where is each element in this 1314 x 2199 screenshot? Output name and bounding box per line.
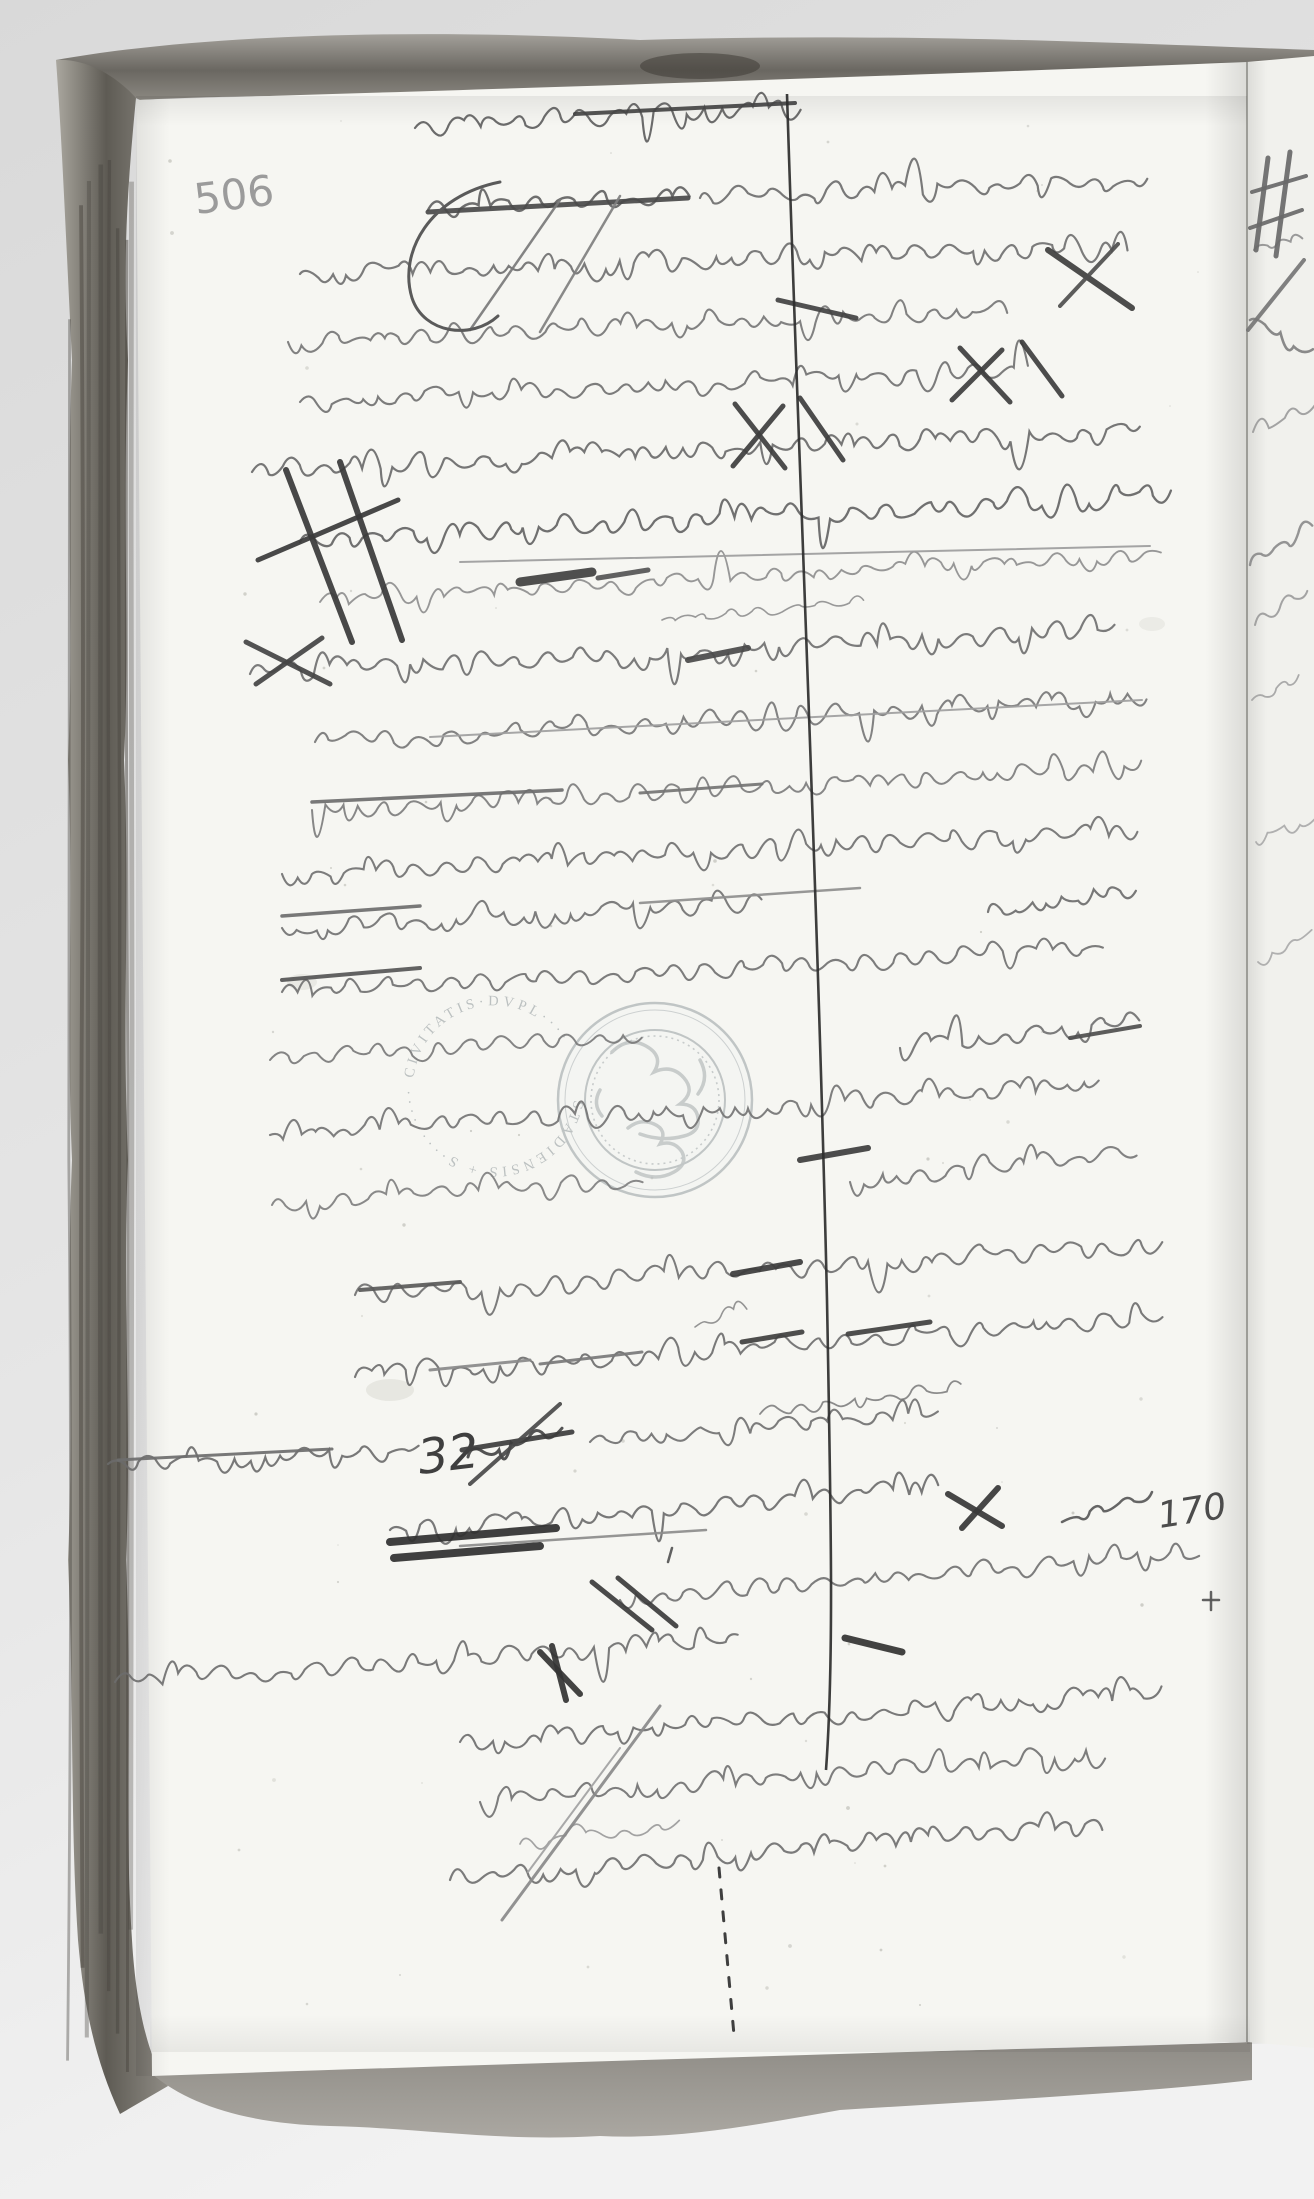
paper-speck <box>904 1422 906 1424</box>
scanned-manuscript-page: STADIENSIS + S········· CIVITATIS·DVPL··… <box>0 0 1314 2199</box>
paper-speck <box>1169 405 1171 407</box>
paper-speck <box>919 2004 921 2006</box>
paper-speck <box>272 1778 276 1782</box>
paper-speck <box>854 1862 856 1864</box>
paper-speck <box>928 1295 931 1298</box>
paper-speck <box>340 120 342 122</box>
paper-speck <box>470 1130 472 1132</box>
gutter-shadow-right <box>1247 62 1267 2044</box>
edge-grain-streak <box>100 164 101 1933</box>
paper-speck <box>1072 1512 1075 1515</box>
paper-speck <box>827 141 830 144</box>
paper-speck <box>361 1315 363 1317</box>
paper-speck <box>360 1168 363 1171</box>
paper-speck <box>804 1512 808 1516</box>
paper-speck <box>495 607 497 609</box>
paper-speck <box>755 670 758 673</box>
paper-speck <box>1126 629 1129 632</box>
paper-speck <box>1001 1481 1003 1483</box>
paper-speck <box>846 1806 850 1810</box>
paper-speck <box>712 884 715 887</box>
paper-speck <box>610 152 612 154</box>
book-top-edge-knot <box>640 53 760 79</box>
paper-speck <box>573 1469 576 1472</box>
paper-speck <box>926 1157 929 1160</box>
paper-speck <box>170 231 174 235</box>
page-number: 506 <box>191 166 277 224</box>
paper-speck <box>880 1949 883 1952</box>
gutter-shadow-left <box>1205 62 1247 2042</box>
paper-speck <box>980 931 982 933</box>
paper-speck <box>1006 1120 1009 1123</box>
paper-speck <box>344 884 347 887</box>
paper-speck <box>1197 271 1199 273</box>
paper-speck <box>805 1740 807 1742</box>
page-top-shadow <box>136 96 1247 126</box>
paper-speck <box>350 590 352 592</box>
edge-grain-streak <box>81 205 83 1968</box>
paper-speck <box>1122 1955 1125 1958</box>
paper-speck <box>721 1839 723 1841</box>
paper-speck <box>587 1966 590 1969</box>
edge-grain-streak <box>87 181 89 2038</box>
paper-speck <box>788 1944 792 1948</box>
paper-speck <box>399 1974 401 1976</box>
paper-smudge <box>1139 617 1165 631</box>
manuscript-scan-svg: STADIENSIS + S········· CIVITATIS·DVPL··… <box>0 0 1314 2199</box>
paper-speck <box>1041 184 1043 186</box>
paper-speck <box>765 1986 768 1989</box>
paper-speck <box>337 1544 339 1546</box>
paper-speck <box>306 2003 309 2006</box>
paper-speck <box>1139 1397 1142 1400</box>
edge-grain-streak <box>118 228 120 2033</box>
paper-speck <box>421 1782 423 1784</box>
paper-speck <box>518 1134 520 1136</box>
paper-speck <box>337 1581 339 1583</box>
amount-value: 32 <box>415 1423 482 1486</box>
paper-speck <box>884 1865 887 1868</box>
paper-speck <box>713 859 717 863</box>
paper-speck <box>305 366 309 370</box>
paper-speck <box>243 592 246 595</box>
paper-speck <box>168 159 172 163</box>
paper-speck <box>425 801 428 804</box>
paper-speck <box>942 1162 944 1164</box>
edge-grain-streak <box>131 182 133 1930</box>
edge-grain-streak <box>108 160 109 1991</box>
paper-speck <box>1140 1603 1143 1606</box>
paper-speck <box>323 667 326 670</box>
paper-speck <box>750 1678 752 1680</box>
paper-speck <box>969 1099 971 1101</box>
paper-speck <box>330 867 332 869</box>
edge-grain-streak <box>126 240 128 2072</box>
paper-speck <box>856 423 859 426</box>
paper-speck <box>272 1031 274 1033</box>
paper-speck <box>1027 125 1030 128</box>
page-left-shadow <box>136 100 170 2076</box>
paper-speck <box>238 1849 241 1852</box>
paper-speck <box>254 1412 257 1415</box>
page-bottom-shadow <box>150 2014 1250 2052</box>
paper-speck <box>996 1427 998 1429</box>
paper-speck <box>848 1643 851 1646</box>
paper-speck <box>402 1223 405 1226</box>
